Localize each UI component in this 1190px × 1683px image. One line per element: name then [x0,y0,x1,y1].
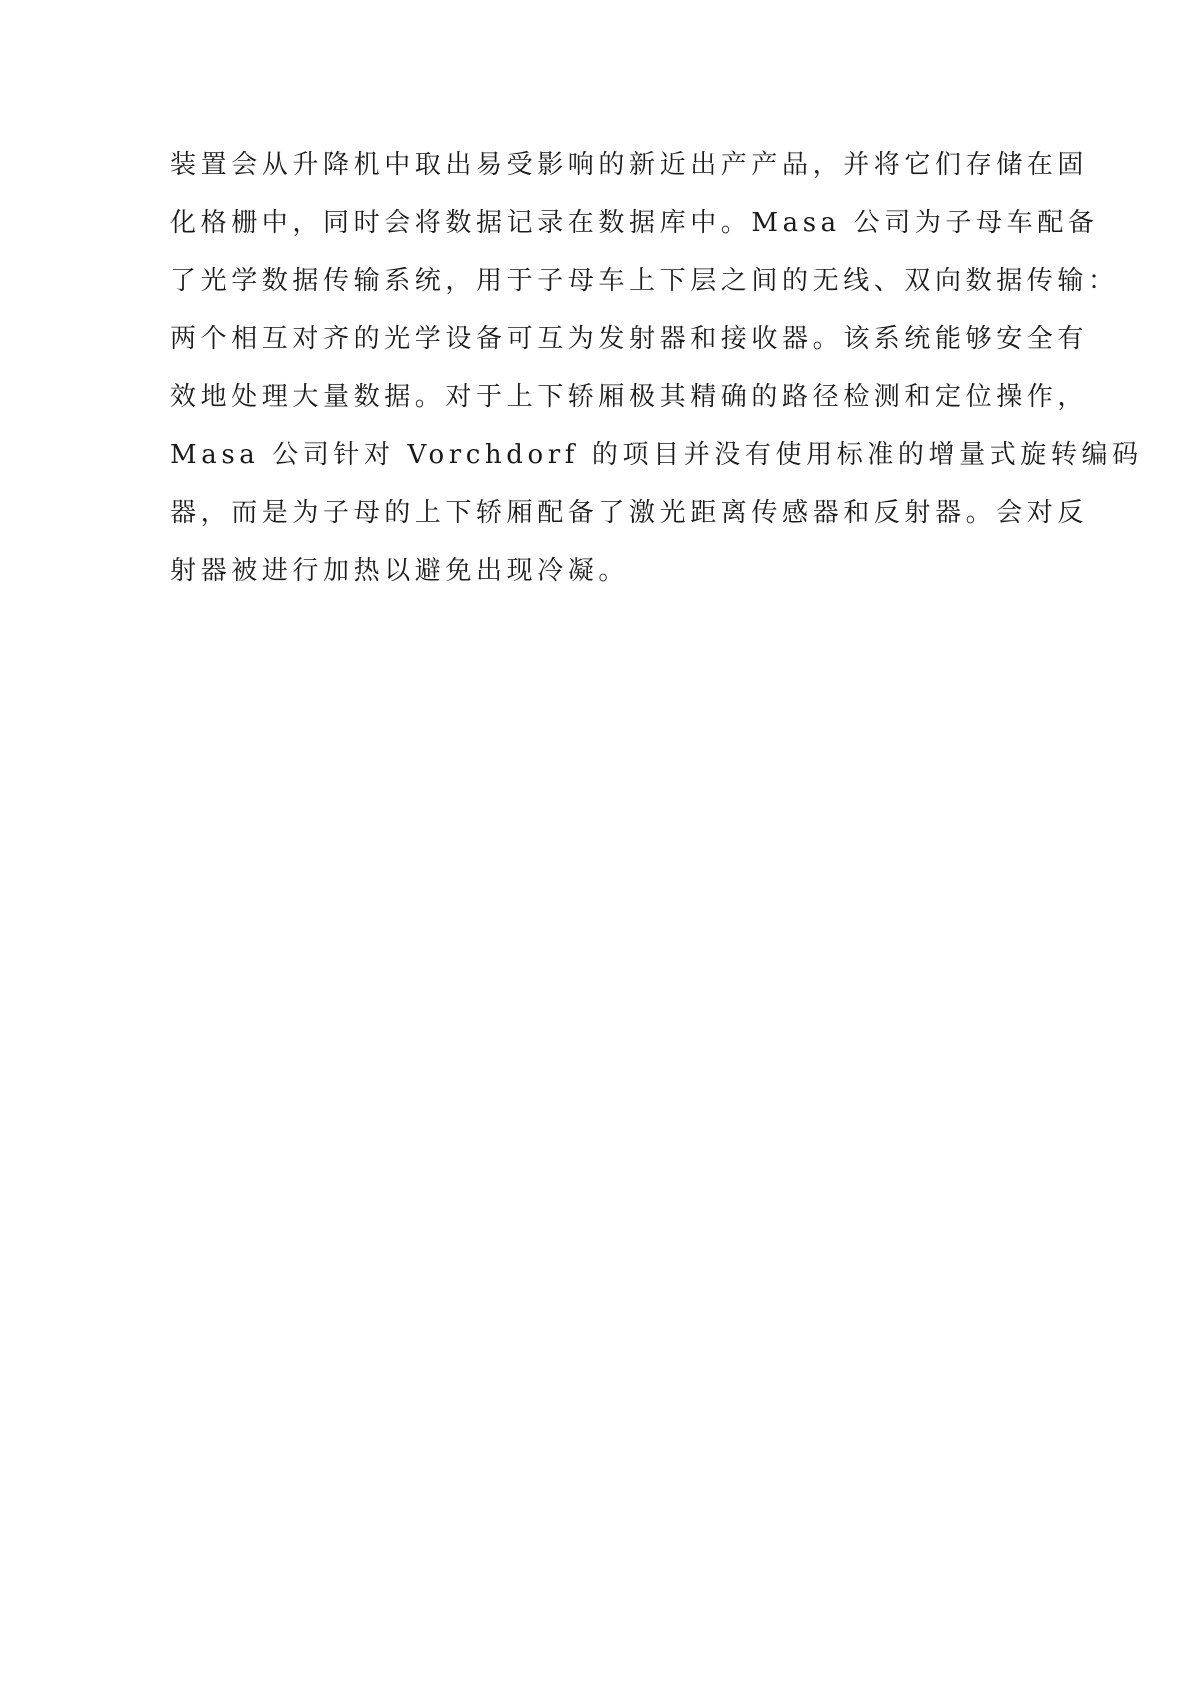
body-paragraph: 装置会从升降机中取出易受影响的新近出产产品，并将它们存储在固 化格栅中，同时会将… [170,143,950,607]
document-page: 装置会从升降机中取出易受影响的新近出产产品，并将它们存储在固 化格栅中，同时会将… [0,0,1190,1683]
paragraph-line-6: Masa 公司针对 Vorchdorf 的项目并没有使用标准的增量式旋转编码 [170,433,950,491]
paragraph-line-4: 两个相互对齐的光学设备可互为发射器和接收器。该系统能够安全有 [170,317,950,375]
paragraph-line-8: 射器被进行加热以避免出现冷凝。 [170,549,950,607]
paragraph-line-2: 化格栅中，同时会将数据记录在数据库中。Masa 公司为子母车配备 [170,201,950,259]
paragraph-line-3: 了光学数据传输系统，用于子母车上下层之间的无线、双向数据传输： [170,259,950,317]
paragraph-line-1: 装置会从升降机中取出易受影响的新近出产产品，并将它们存储在固 [170,143,950,201]
paragraph-line-5: 效地处理大量数据。对于上下轿厢极其精确的路径检测和定位操作， [170,375,950,433]
paragraph-line-7: 器，而是为子母的上下轿厢配备了激光距离传感器和反射器。会对反 [170,491,950,549]
